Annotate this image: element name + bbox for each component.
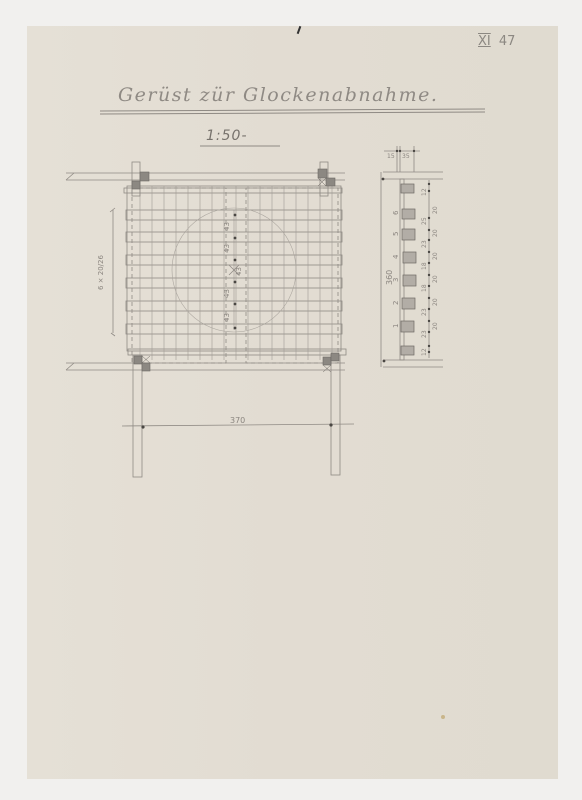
section-spacing-right-5: 20 <box>432 298 439 306</box>
paper-stain <box>441 715 445 719</box>
scaffold-plan-drawing: 6 × 20/26 43 43 43 43 43 370 360 15 35 1… <box>0 0 582 800</box>
section-label-3: 3 <box>392 278 400 282</box>
center-spacing-2: 43 <box>223 244 231 253</box>
section-spacing-right-4: 20 <box>432 275 439 283</box>
center-spacing-3: 43 <box>235 267 243 276</box>
section-label-4: 4 <box>392 254 400 259</box>
section-spacing-left-1: 12 <box>421 188 428 196</box>
section-spacing-left-2: 25 <box>421 217 428 225</box>
center-spacing-4: 43 <box>223 289 231 298</box>
width-dimension: 370 <box>230 416 245 425</box>
section-label-6: 6 <box>392 210 400 215</box>
section-spacing-right-1: 20 <box>432 206 439 214</box>
section-spacing-left-4: 18 <box>421 262 428 270</box>
section-label-2: 2 <box>392 301 400 305</box>
center-spacing-5: 43 <box>223 313 231 322</box>
section-spacing-left-5: 18 <box>421 284 428 292</box>
section-label-1: 1 <box>392 324 400 328</box>
section-top-dim-1: 15 <box>387 153 395 160</box>
section-top-dim-2: 35 <box>402 153 410 160</box>
section-label-5: 5 <box>392 232 400 236</box>
beam-spacing-note: 6 × 20/26 <box>97 255 105 290</box>
section-spacing-right-2: 20 <box>432 229 439 237</box>
section-spacing-right-6: 20 <box>432 322 439 330</box>
center-spacing-1: 43 <box>223 222 231 231</box>
section-spacing-left-7: 23 <box>421 330 428 338</box>
section-spacing-right-3: 20 <box>432 252 439 260</box>
section-spacing-left-8: 12 <box>421 348 428 356</box>
section-spacing-left-6: 23 <box>421 308 428 316</box>
section-spacing-left-3: 23 <box>421 240 428 248</box>
